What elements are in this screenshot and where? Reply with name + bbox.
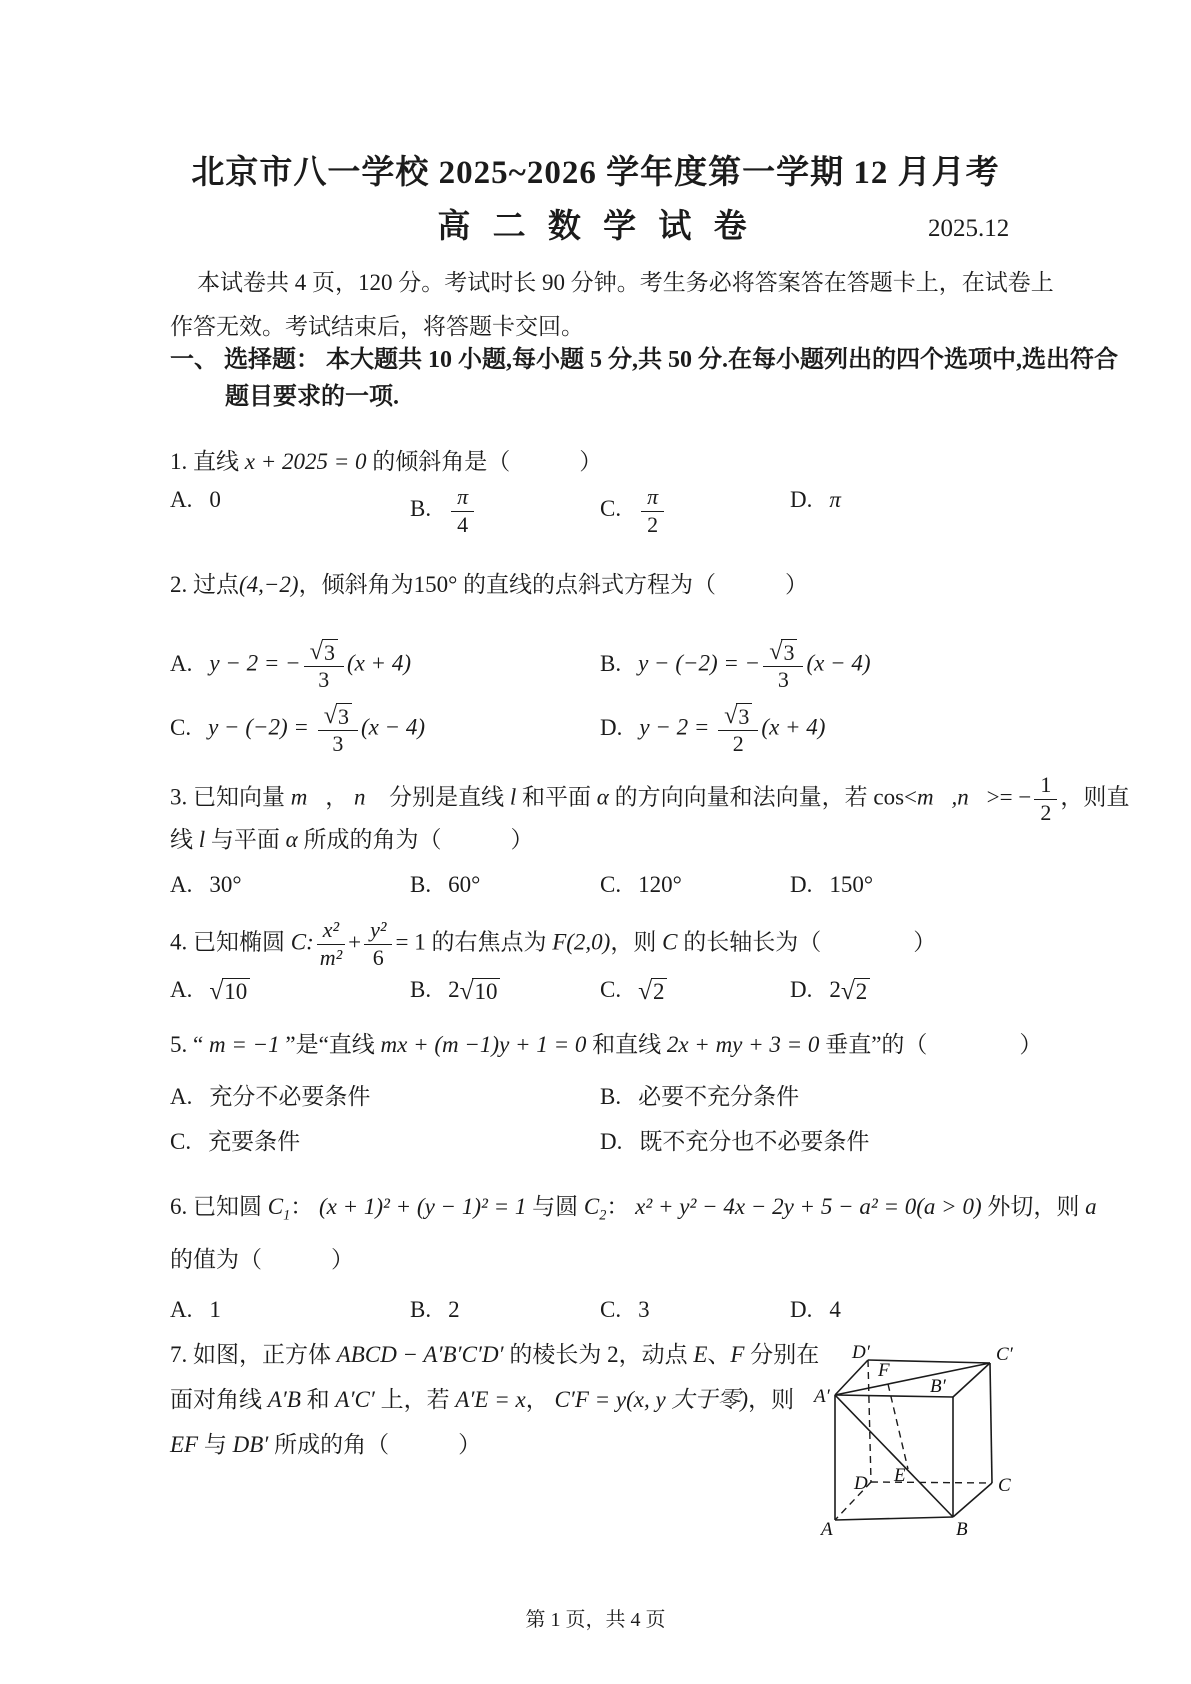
- q6-option-b: B.2: [410, 1295, 460, 1325]
- diagonal-a-prime-b: [835, 1395, 953, 1517]
- q5-stem: 5. “ m = −1 ”是“直线 mx + (m −1)y + 1 = 0 和…: [170, 1030, 1042, 1060]
- fraction: π4: [451, 485, 474, 537]
- fraction: √32: [718, 702, 758, 757]
- q4-option-a: A.√10: [170, 975, 250, 1005]
- exam-page: 北京市八一学校 2025~2026 学年度第一学期 12 月月考 高 二 数 学…: [0, 0, 1191, 1684]
- q2-option-c: C.y − (−2) = √33(x − 4): [170, 702, 425, 757]
- exam-title: 北京市八一学校 2025~2026 学年度第一学期 12 月月考: [0, 150, 1191, 196]
- cube-figure: D′ C′ A′ B′ D E C A B F: [810, 1345, 1020, 1545]
- fraction: √33: [318, 702, 358, 757]
- q5-option-d: D.既不充分也不必要条件: [600, 1127, 869, 1157]
- q4-option-d: D.2√2: [790, 975, 870, 1005]
- q3-option-b: B.60°: [410, 870, 480, 900]
- q3-option-c: C.120°: [600, 870, 682, 900]
- vertex-label-a: A: [819, 1519, 833, 1540]
- q6-option-a: A.1: [170, 1295, 221, 1325]
- intro-line-2: 作答无效。考试结束后，将答题卡交回。: [170, 312, 584, 342]
- exam-subtitle: 高 二 数 学 试 卷: [0, 204, 1191, 250]
- exam-date: 2025.12: [928, 214, 1009, 244]
- section1-heading-line2: 题目要求的一项.: [225, 382, 399, 412]
- vertex-label-d-prime: D′: [851, 1345, 871, 1363]
- fraction: 12: [1034, 773, 1057, 825]
- radical: √3: [310, 639, 338, 665]
- hidden-edge-d-c: [871, 1482, 992, 1483]
- q2-option-a: A.y − 2 = −√33(x + 4): [170, 638, 411, 693]
- radical: √10: [460, 978, 501, 1005]
- radical: √10: [209, 978, 250, 1005]
- q2-option-d: D.y − 2 = √32(x + 4): [600, 702, 825, 757]
- q5-option-c: C.充要条件: [170, 1127, 300, 1157]
- vertex-label-c-prime: C′: [996, 1345, 1014, 1365]
- fraction: π2: [641, 485, 664, 537]
- hidden-edge-d-prime-d: [868, 1360, 871, 1482]
- page-footer: 第 1 页，共 4 页: [0, 1606, 1191, 1634]
- q3-stem-line2: 线 l 与平面 α 所成的角为（ ）: [170, 825, 533, 855]
- q4-option-c: C.√2: [600, 975, 667, 1005]
- vertex-label-b: B: [956, 1519, 968, 1540]
- q7-stem-line3: EF 与 DB′ 所成的角（ ）: [170, 1430, 481, 1460]
- q5-option-a: A.充分不必要条件: [170, 1082, 370, 1112]
- q4-stem: 4. 已知椭圆 C:x²m²+y²6= 1 的右焦点为 F(2,0)，则 C 的…: [170, 918, 936, 970]
- cube-edges: [835, 1360, 992, 1520]
- q4-option-b: B.2√10: [410, 975, 500, 1005]
- radical: √3: [724, 703, 752, 729]
- section1-heading-line1: 一、 选择题： 本大题共 10 小题,每小题 5 分,共 50 分.在每小题列出…: [170, 345, 1118, 375]
- vertex-label-c: C: [998, 1475, 1011, 1496]
- fraction: √33: [763, 638, 803, 693]
- vertex-label-e: E: [893, 1465, 906, 1486]
- fraction: √33: [304, 638, 344, 693]
- vertex-label-d: D: [853, 1473, 868, 1494]
- intro-line-1: 本试卷共 4 页，120 分。考试时长 90 分钟。考生务必将答案答在答题卡上，…: [197, 268, 1054, 298]
- q6-option-c: C.3: [600, 1295, 650, 1325]
- q3-option-a: A.30°: [170, 870, 242, 900]
- q3-option-d: D.150°: [790, 870, 873, 900]
- q1-option-a: A.0: [170, 485, 221, 515]
- q2-option-b: B.y − (−2) = −√33(x − 4): [600, 638, 871, 693]
- q2-stem: 2. 过点(4,−2)，倾斜角为150° 的直线的点斜式方程为（ ）: [170, 570, 808, 600]
- q7-stem-line2: 面对角线 A′B 和 A′C′ 上，若 A′E = x， C′F = y(x, …: [170, 1385, 794, 1415]
- vertex-label-b-prime: B′: [930, 1376, 947, 1397]
- q1-option-b: B.π4: [410, 485, 477, 537]
- q5-option-b: B.必要不充分条件: [600, 1082, 799, 1112]
- q1-option-d: D.π: [790, 485, 841, 515]
- q6-stem-line1: 6. 已知圆 C1： (x + 1)² + (y − 1)² = 1 与圆 C2…: [170, 1192, 1097, 1231]
- q1-stem: 1. 直线 x + 2025 = 0 的倾斜角是（ ）: [170, 447, 602, 477]
- fraction: y²6: [364, 918, 392, 970]
- radical: √2: [841, 978, 870, 1005]
- fraction: x²m²: [317, 918, 345, 970]
- q7-stem-line1: 7. 如图，正方体 ABCD − A′B′C′D′ 的棱长为 2，动点 E、F …: [170, 1340, 819, 1370]
- q6-stem-line2: 的值为（ ）: [170, 1245, 354, 1275]
- radical: √3: [324, 703, 352, 729]
- vertex-label-a-prime: A′: [812, 1386, 831, 1407]
- vertex-label-f: F: [877, 1360, 890, 1381]
- q6-option-d: D.4: [790, 1295, 841, 1325]
- radical: √2: [638, 978, 667, 1005]
- q1-option-c: C.π2: [600, 485, 667, 537]
- q3-stem-line1: 3. 已知向量 m⃗， n⃗ 分别是直线 l 和平面 α 的方向向量和法向量，若…: [170, 773, 1129, 825]
- diagonal-a-prime-c-prime: [835, 1363, 990, 1395]
- radical: √3: [769, 639, 797, 665]
